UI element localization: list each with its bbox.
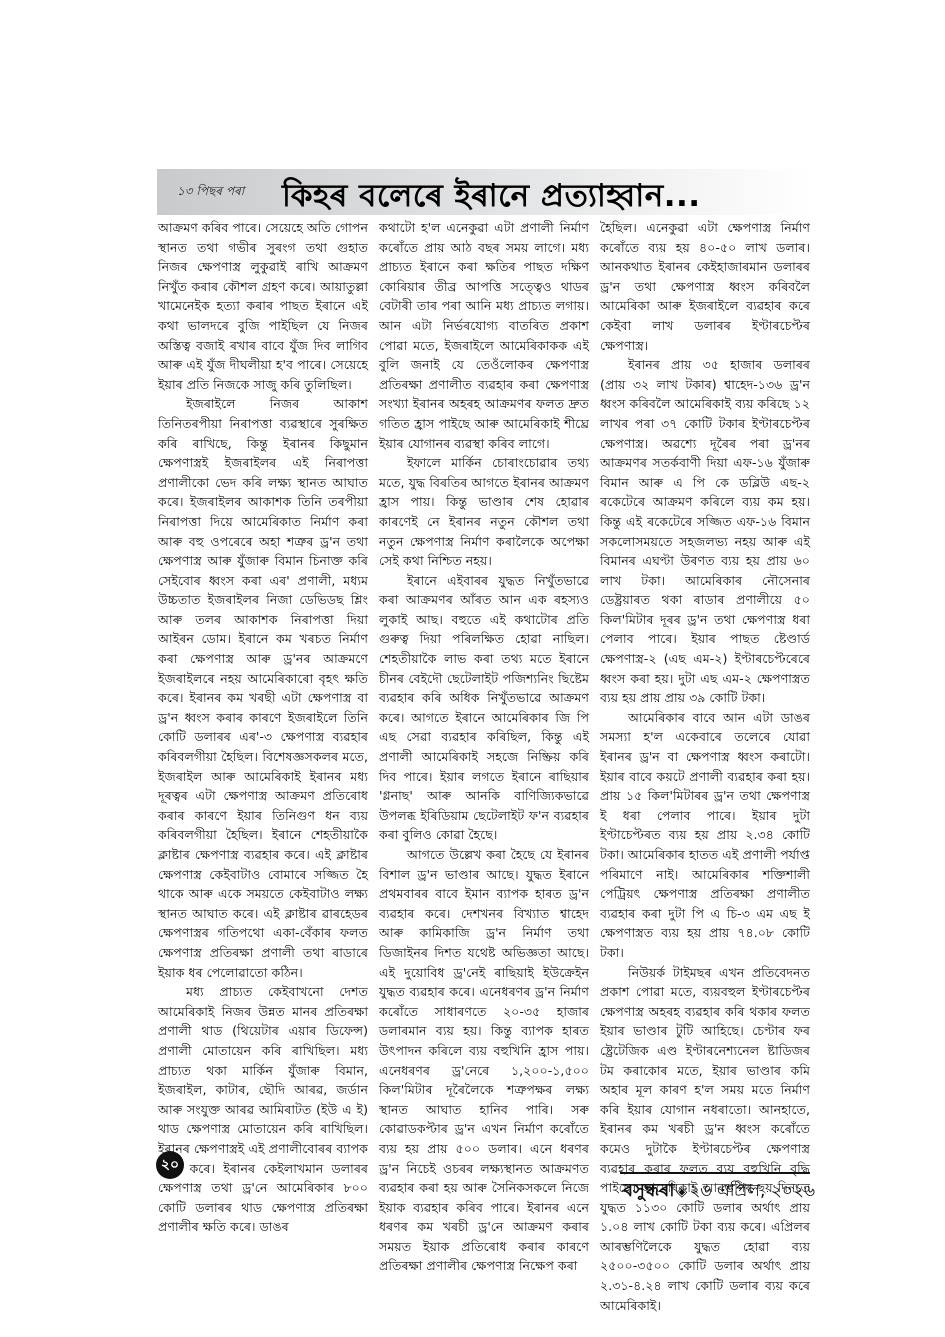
paragraph: ইফালে মাৰ্কিন চোৰাংচোৱাৰ তথ্য মতে, যুদ্ধ… <box>379 453 589 571</box>
article-title-bar: ১৩ পিছৰ পৰা কিহৰ বলেৰে ইৰানে প্ৰত্যাহ্বা… <box>157 169 812 215</box>
article-headline: কিহৰ বলেৰে ইৰানে প্ৰত্যাহ্বান... <box>282 172 701 224</box>
paragraph: ইৰানৰ প্ৰায় ৩৫ হাজাৰ ডলাৰৰ (প্ৰায় ৩২ ল… <box>600 355 810 708</box>
paragraph: আক্ৰমণ কৰিব পাৰে। সেয়েহে অতি গোপন স্থান… <box>158 218 368 394</box>
paragraph: কথাটো হ'ল এনেকুৱা এটা প্ৰণালী নিৰ্মাণ কৰ… <box>379 218 589 453</box>
article-column-3: হৈছিল। এনেকুৱা এটা ক্ষেপণাস্ত্ৰ নিৰ্মাণ … <box>600 218 810 1315</box>
paragraph: হৈছিল। এনেকুৱা এটা ক্ষেপণাস্ত্ৰ নিৰ্মাণ … <box>600 218 810 355</box>
diamond-ornament-icon: ◈ <box>677 1184 688 1200</box>
continued-from-label: ১৩ পিছৰ পৰা <box>177 183 244 203</box>
article-column-2: কথাটো হ'ল এনেকুৱা এটা প্ৰণালী নিৰ্মাণ কৰ… <box>379 218 589 1276</box>
page-number-badge: ২০ <box>156 1151 184 1179</box>
paragraph: আমেৰিকাৰ বাবে আন এটা ডাঙৰ সমস্যা হ'ল একে… <box>600 708 810 963</box>
paragraph: ইৰানে এইবাৰৰ যুদ্ধত নিখুঁতভাৱে কৰা আক্ৰম… <box>379 571 589 845</box>
page-number: ২০ <box>161 1153 179 1177</box>
paragraph: আগতে উল্লেখ কৰা হৈছে যে ইৰানৰ বিশাল ড্ৰ'… <box>379 845 589 1276</box>
publication-date: ২৬ এপ্ৰিল, ২০২৬ <box>689 1181 815 1201</box>
article-column-1: আক্ৰমণ কৰিব পাৰে। সেয়েহে অতি গোপন স্থান… <box>158 218 368 1237</box>
publication-name: বসুন্ধৰা <box>623 1180 675 1201</box>
publication-footer: বসুন্ধৰা◈২৬ এপ্ৰিল, ২০২৬ <box>610 1176 815 1207</box>
paragraph: মধ্য প্ৰাচ্যত কেইবাখনো দেশত আমেৰিকাই নিজ… <box>158 982 368 1237</box>
paragraph: নিউয়ৰ্ক টাইমছৰ এখন প্ৰতিবেদনত প্ৰকাশ পো… <box>600 963 810 1316</box>
paragraph: ইজৰাইলে নিজৰ আকাশ তিনিতৰপীয়া নিৰাপত্তা … <box>158 394 368 982</box>
footer-divider <box>620 1172 810 1174</box>
